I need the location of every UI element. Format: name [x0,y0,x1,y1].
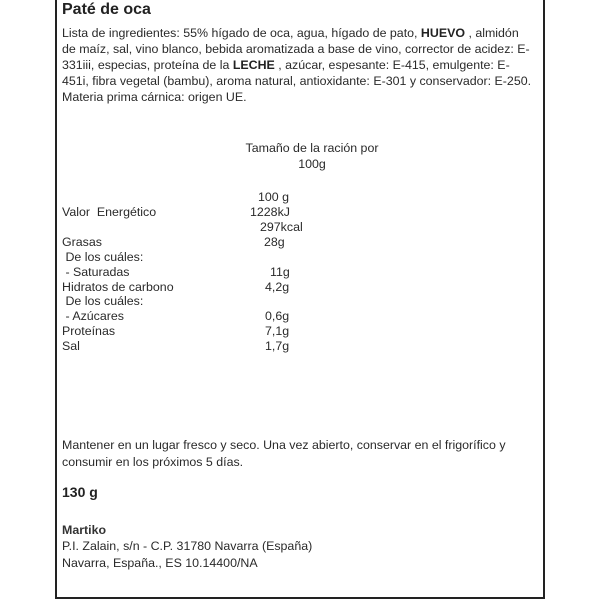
nutrition-label: Proteínas [62,324,115,339]
nutrition-label: - Saturadas [62,265,130,280]
nutrition-value: 297kcal [260,220,303,235]
nutrition-label: Grasas [62,235,102,250]
nutrition-value: 7,1g [265,324,289,339]
nutrition-value: 0,6g [265,309,289,324]
ingredients-list: Lista de ingredientes: 55% hígado de oca… [62,25,532,105]
serving-size-line1: Tamaño de la ración por [232,140,392,156]
manufacturer-address-line2: Navarra, España., ES 10.14400/NA [62,555,258,571]
allergen-highlight: LECHE [233,58,275,72]
allergen-highlight: HUEVO [421,26,465,40]
serving-size-line2: 100g [232,156,392,172]
nutrition-label: Sal [62,339,80,354]
net-weight: 130 g [62,484,98,500]
product-title: Paté de oca [62,1,151,19]
nutrition-value: 1228kJ [250,205,290,220]
nutrition-label: Valor Energético [62,205,156,220]
nutrition-value: 28g [264,235,285,250]
nutrition-column-header: 100 g [258,190,289,205]
manufacturer-address-line1: P.I. Zalain, s/n - C.P. 31780 Navarra (E… [62,538,312,554]
nutrition-label: De los cuáles: [62,250,143,265]
storage-instructions: Mantener en un lugar fresco y seco. Una … [62,437,532,471]
nutrition-label: De los cuáles: [62,294,143,309]
nutrition-value: 11g [270,265,290,280]
nutrition-value: 4,2g [265,280,289,295]
ingredients-text: Lista de ingredientes: 55% hígado de oca… [62,26,421,40]
manufacturer-name: Martiko [62,523,106,537]
nutrition-label: - Azúcares [62,309,124,324]
nutrition-value: 1,7g [265,339,289,354]
serving-size-header: Tamaño de la ración por 100g [232,140,392,172]
nutrition-label: Hidratos de carbono [62,280,174,295]
